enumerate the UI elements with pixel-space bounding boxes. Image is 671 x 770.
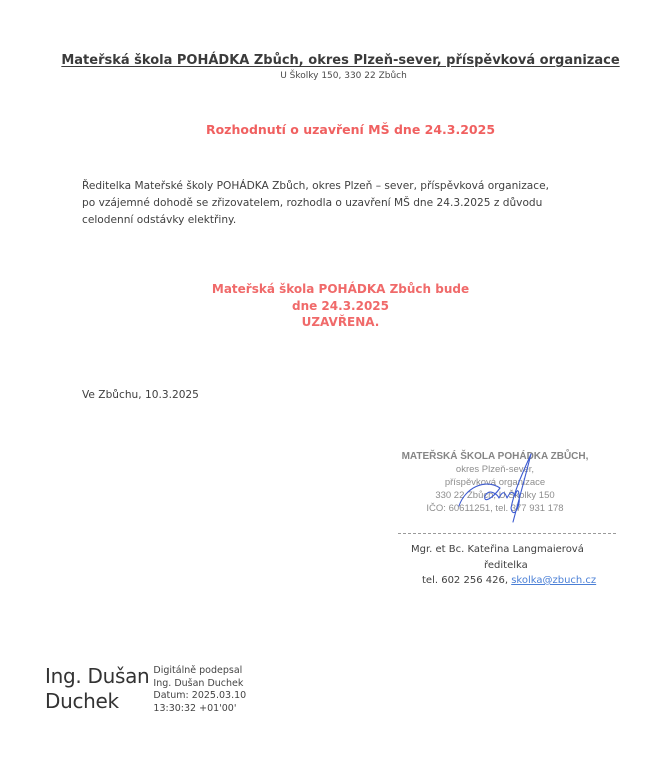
director-name: Mgr. et Bc. Kateřina Langmaierová [410,542,610,558]
email-link[interactable]: skolka@zbuch.cz [511,575,596,586]
handwritten-signature-icon [455,448,555,528]
announcement-line: dne 24.3.2025 [10,298,671,315]
director-phone: tel. 602 256 426, [422,575,511,586]
body-paragraph: Ředitelka Mateřské školy POHÁDKA Zbůch, … [82,178,622,229]
signature-detail-line: Datum: 2025.03.10 [153,690,246,703]
announcement-line: UZAVŘENA. [10,314,671,331]
signature-details: Digitálně podepsal Ing. Dušan Duchek Dat… [153,665,246,715]
signature-detail-line: Ing. Dušan Duchek [153,678,246,691]
signature-detail-line: Digitálně podepsal [153,665,246,678]
signer-name: Ing. Dušan Duchek [45,664,149,714]
body-line: po vzájemné dohodě se zřizovatelem, rozh… [82,195,622,212]
signer-name-line: Ing. Dušan [45,664,149,689]
signature-line-divider [398,533,616,534]
body-line: celodenní odstávky elektřiny. [82,212,622,229]
director-block: Mgr. et Bc. Kateřina Langmaierová ředite… [410,542,610,589]
director-role: ředitelka [410,558,610,574]
signer-name-line: Duchek [45,689,149,714]
body-line: Ředitelka Mateřské školy POHÁDKA Zbůch, … [82,178,622,195]
school-name: Mateřská škola POHÁDKA Zbůch, okres Plze… [61,53,619,68]
signature-detail-line: 13:30:32 +01'00' [153,703,246,716]
decision-title: Rozhodnutí o uzavření MŠ dne 24.3.2025 [0,122,671,137]
closure-announcement: Mateřská škola POHÁDKA Zbůch bude dne 24… [0,281,671,331]
digital-signature: Ing. Dušan Duchek Digitálně podepsal Ing… [45,664,246,715]
place-and-date: Ve Zbůchu, 10.3.2025 [82,389,199,401]
announcement-line: Mateřská škola POHÁDKA Zbůch bude [10,281,671,298]
school-address: U Školky 150, 330 22 Zbůch [0,71,671,81]
director-contact: tel. 602 256 426, skolka@zbuch.cz [410,573,610,589]
school-header-title: Mateřská škola POHÁDKA Zbůch, okres Plze… [0,53,671,68]
